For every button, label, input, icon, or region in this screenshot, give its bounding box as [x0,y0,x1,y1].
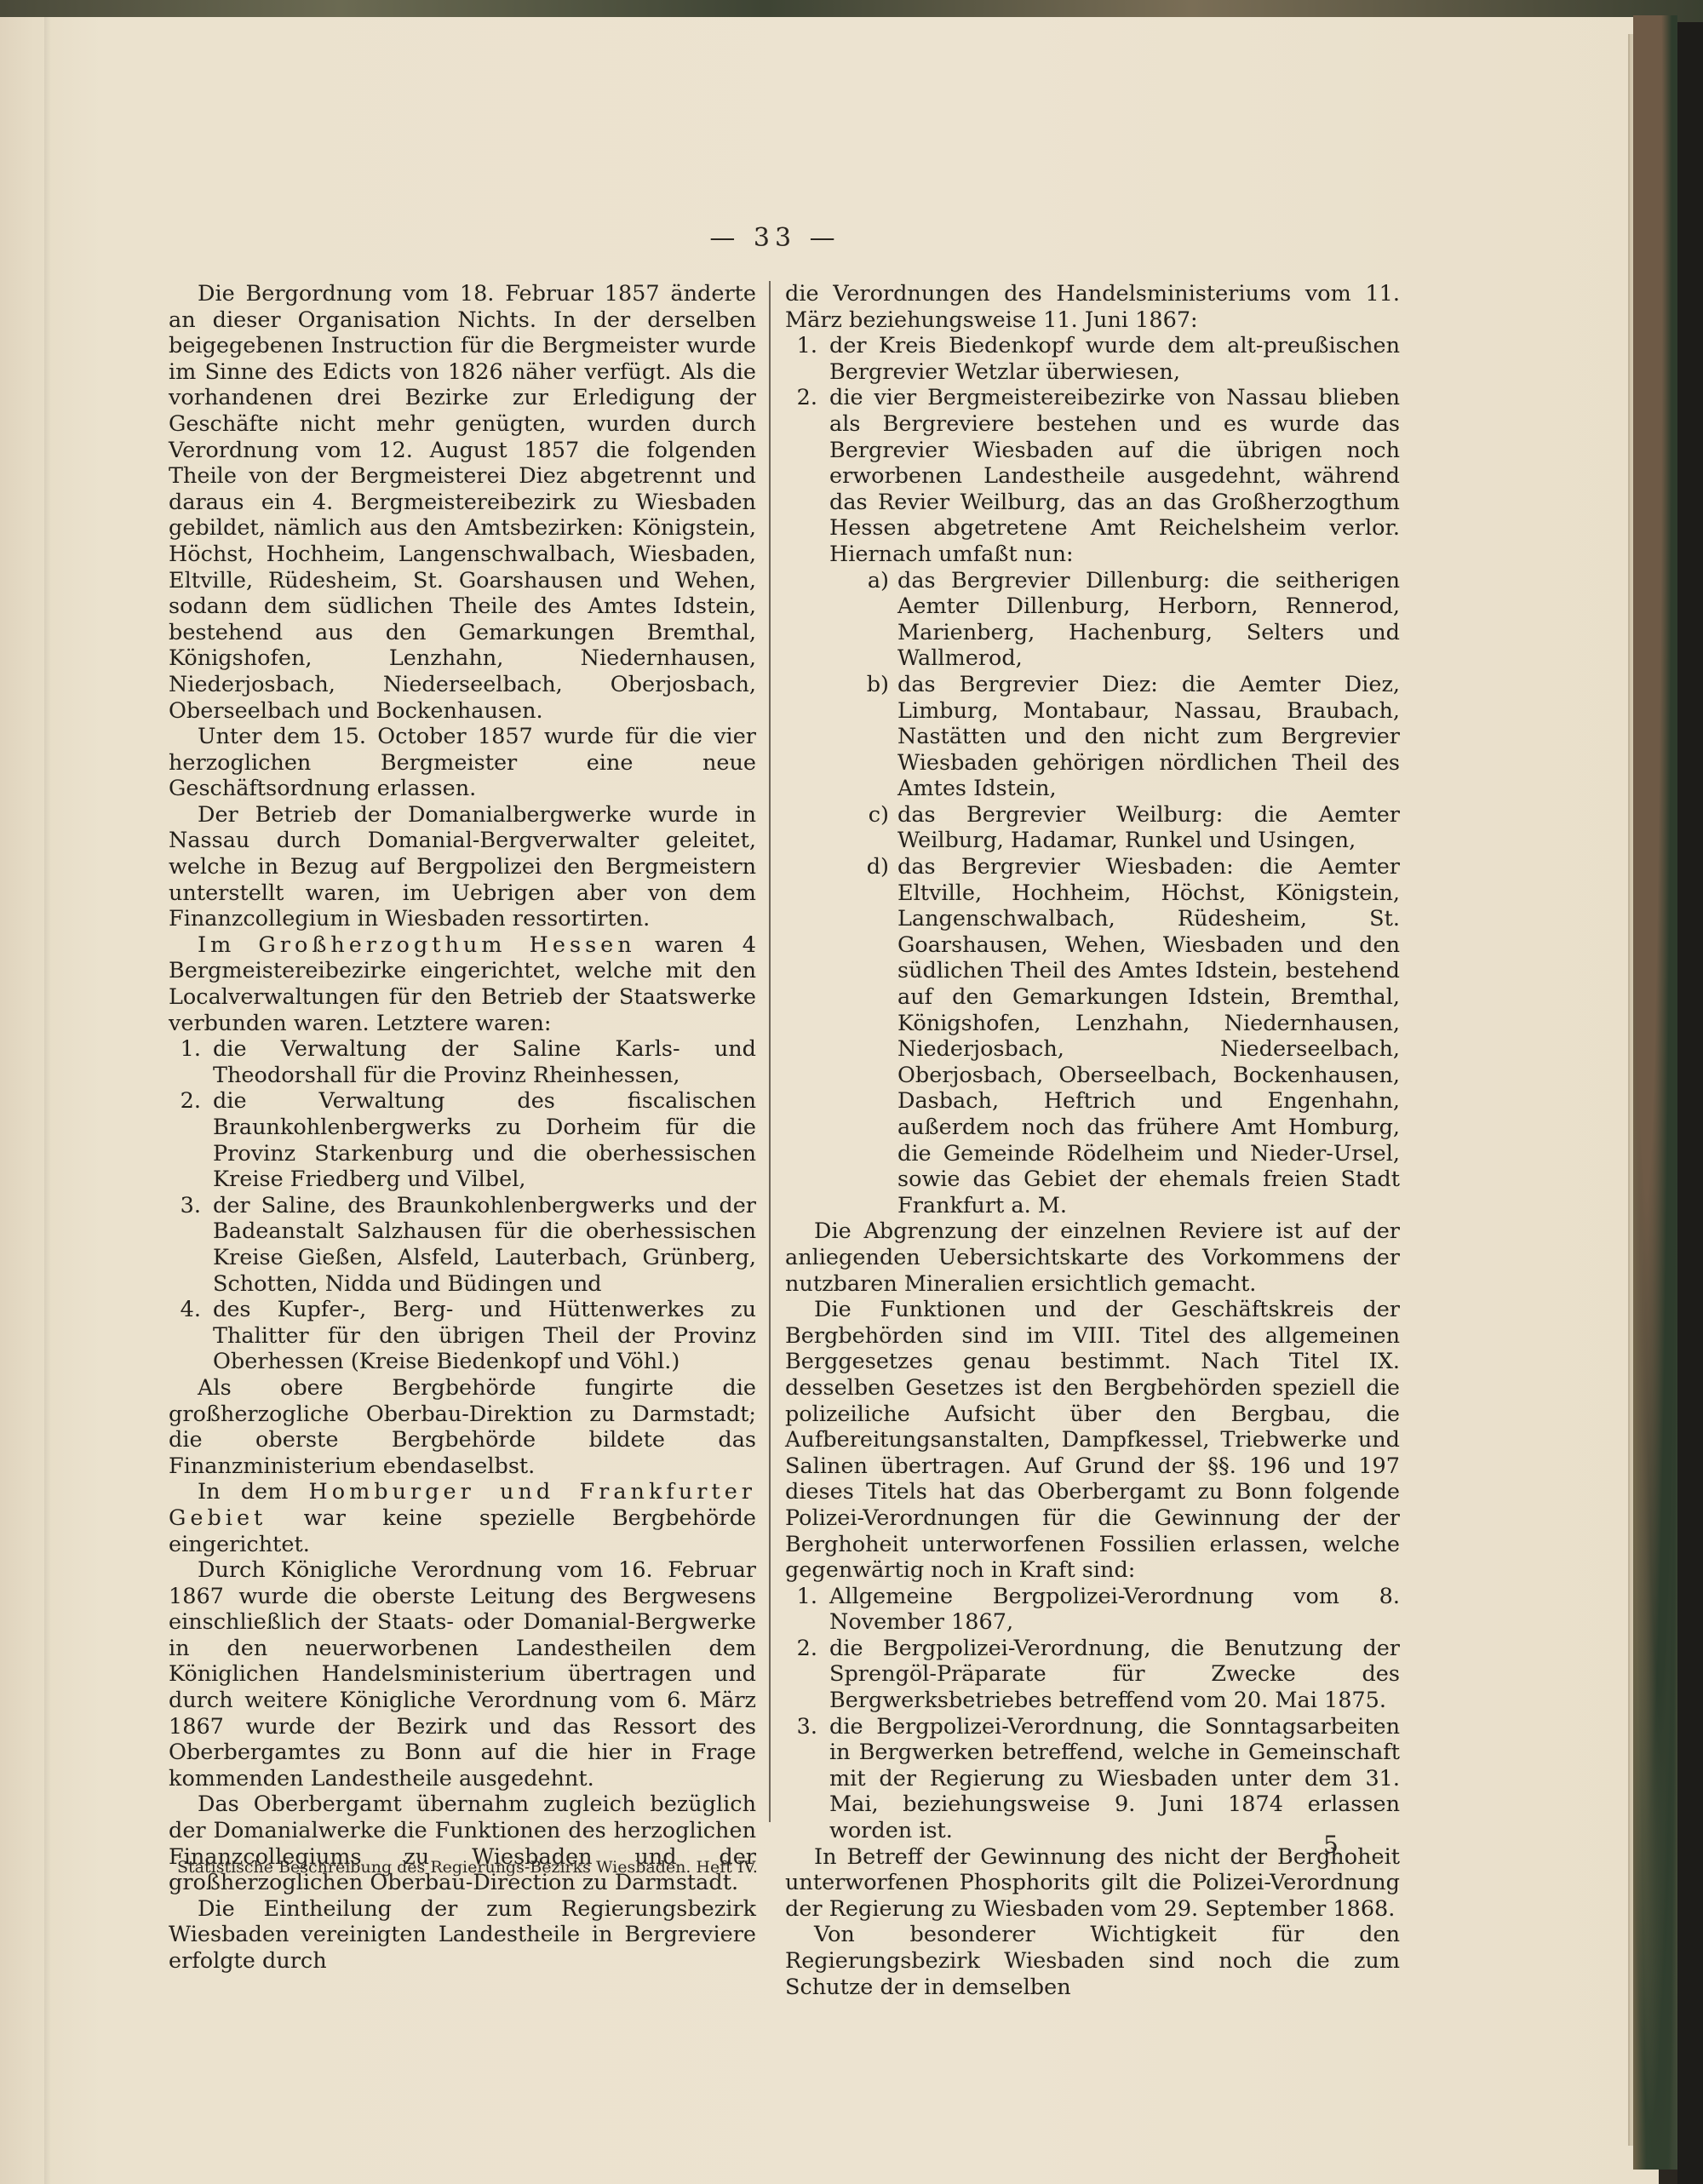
sublist-letter: c) [853,802,897,854]
list-item: 1.der Kreis Biedenkopf wurde dem alt-pre… [785,333,1400,385]
marbled-board-edge [1633,15,1677,2170]
list-number: 3. [169,1193,213,1297]
list-number: 1. [785,333,829,385]
left-column: Die Bergordnung vom 18. Februar 1857 änd… [169,281,756,1975]
list-number: 2. [785,1636,829,1714]
list-item: 3.die Bergpolizei-Verordnung, die Sonnta… [785,1714,1400,1844]
list-text: die Bergpolizei-Verordnung, die Sonntags… [829,1714,1400,1844]
list-number: 3. [785,1714,829,1844]
list-item: 4.des Kupfer-, Berg- und Hüttenwerkes zu… [169,1297,756,1375]
paragraph: die Verordnungen des Handelsministeriums… [785,281,1400,333]
paragraph: Unter dem 15. October 1857 wurde für die… [169,724,756,802]
publication-footer: Statistische Beschreibung des Regierungs… [177,1858,758,1877]
list-text: die Verwaltung der Saline Karls- und The… [213,1036,756,1088]
right-column: die Verordnungen des Handelsministeriums… [785,281,1400,2000]
page-gutter [44,17,51,2184]
emphasized-text: Im Großherzogthum Hessen [198,932,636,958]
list-number: 2. [785,385,829,567]
list-text: der Saline, des Braunkohlenbergwerks und… [213,1193,756,1297]
paragraph: Die Funktionen und der Geschäftskreis de… [785,1297,1400,1584]
paragraph: Die Bergordnung vom 18. Februar 1857 änd… [169,281,756,724]
list-number: 4. [169,1297,213,1375]
list-text: Allgemeine Bergpolizei-Verordnung vom 8.… [829,1584,1400,1636]
paragraph: Im Großherzogthum Hessen waren 4 Bergmei… [169,932,756,1036]
sublist-text: das Bergrevier Weilburg: die Aemter Weil… [897,802,1400,854]
sublist-text: das Bergrevier Diez: die Aemter Diez, Li… [897,672,1400,802]
sublist-letter: d) [853,854,897,1218]
paragraph: Die Abgrenzung der einzelnen Reviere ist… [785,1218,1400,1297]
list-text: der Kreis Biedenkopf wurde dem alt-preuß… [829,333,1400,385]
list-item: 1.Allgemeine Bergpolizei-Verordnung vom … [785,1584,1400,1636]
list-text: des Kupfer-, Berg- und Hüttenwerkes zu T… [213,1297,756,1375]
sublist-text: das Bergrevier Dillenburg: die seitherig… [897,568,1400,672]
paragraph: Als obere Bergbehörde fungirte die großh… [169,1375,756,1479]
book-cover-edge [1677,0,1703,2184]
list-item: 1.die Verwaltung der Saline Karls- und T… [169,1036,756,1088]
sublist-text: das Bergrevier Wiesbaden: die Aemter Elt… [897,854,1400,1218]
list-item: 3.der Saline, des Braunkohlenbergwerks u… [169,1193,756,1297]
list-text: die Bergpolizei-Verordnung, die Benutzun… [829,1636,1400,1714]
sublist-item: c)das Bergrevier Weilburg: die Aemter We… [785,802,1400,854]
sublist-item: a)das Bergrevier Dillenburg: die seither… [785,568,1400,672]
page-number-header: — 33 — [0,223,1550,253]
paragraph: In Betreff der Gewinnung des nicht der B… [785,1844,1400,1923]
sublist-item: d)das Bergrevier Wiesbaden: die Aemter E… [785,854,1400,1218]
paragraph: Der Betrieb der Domanialbergwerke wurde … [169,802,756,932]
paragraph: In dem Homburger und Frankfurter Gebiet … [169,1479,756,1557]
paragraph: Von besonderer Wichtigkeit für den Regie… [785,1922,1400,2000]
list-item: 2.die Bergpolizei-Verordnung, die Benutz… [785,1636,1400,1714]
list-item: 2.die Verwaltung des fiscalischen Braunk… [169,1088,756,1192]
list-text: die vier Bergmeistereibezirke von Nassau… [829,385,1400,567]
list-number: 1. [169,1036,213,1088]
paragraph: Die Eintheilung der zum Regierungsbezirk… [169,1896,756,1975]
paragraph-text: In dem [198,1479,309,1505]
paragraph: Durch Königliche Verordnung vom 16. Febr… [169,1557,756,1791]
list-number: 2. [169,1088,213,1192]
list-number: 1. [785,1584,829,1636]
signature-mark: 5 [1323,1831,1339,1859]
column-divider [769,281,771,1822]
list-text: die Verwaltung des fiscalischen Braunkoh… [213,1088,756,1192]
sublist-item: b)das Bergrevier Diez: die Aemter Diez, … [785,672,1400,802]
list-item: 2.die vier Bergmeistereibezirke von Nass… [785,385,1400,567]
sublist-letter: b) [853,672,897,802]
paragraph: Das Oberbergamt übernahm zugleich bezügl… [169,1791,756,1895]
sublist-letter: a) [853,568,897,672]
